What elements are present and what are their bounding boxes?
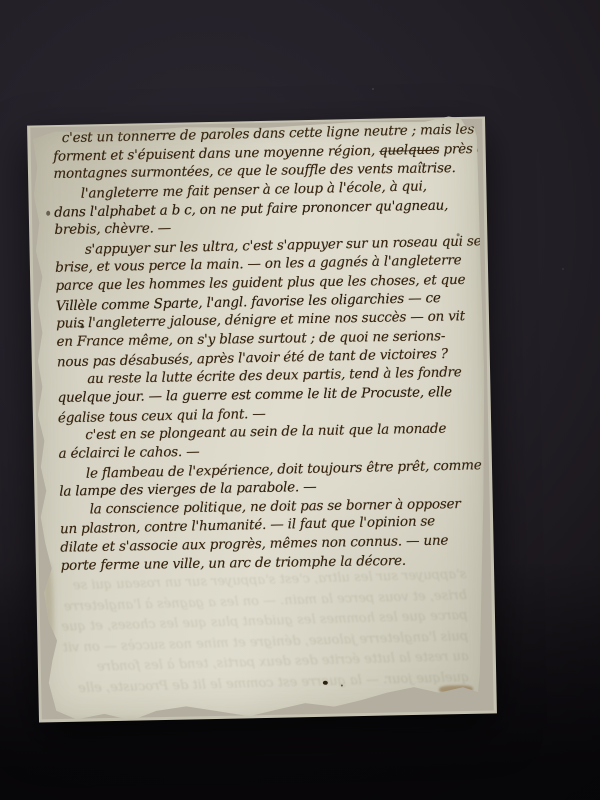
dust-speck (372, 88, 374, 90)
handwritten-text: c'est un tonnerre de paroles dans cette … (53, 121, 483, 576)
ink-bleedthrough: s'appuyer sur les ultra, c'est s'appuyer… (46, 565, 469, 700)
manuscript-page: s'appuyer sur les ultra, c'est s'appuyer… (25, 115, 492, 723)
ink-speck (80, 325, 84, 328)
ink-speck (457, 233, 460, 236)
dust-speck (562, 268, 564, 270)
ink-speck (341, 684, 343, 686)
ink-speck (46, 211, 50, 216)
